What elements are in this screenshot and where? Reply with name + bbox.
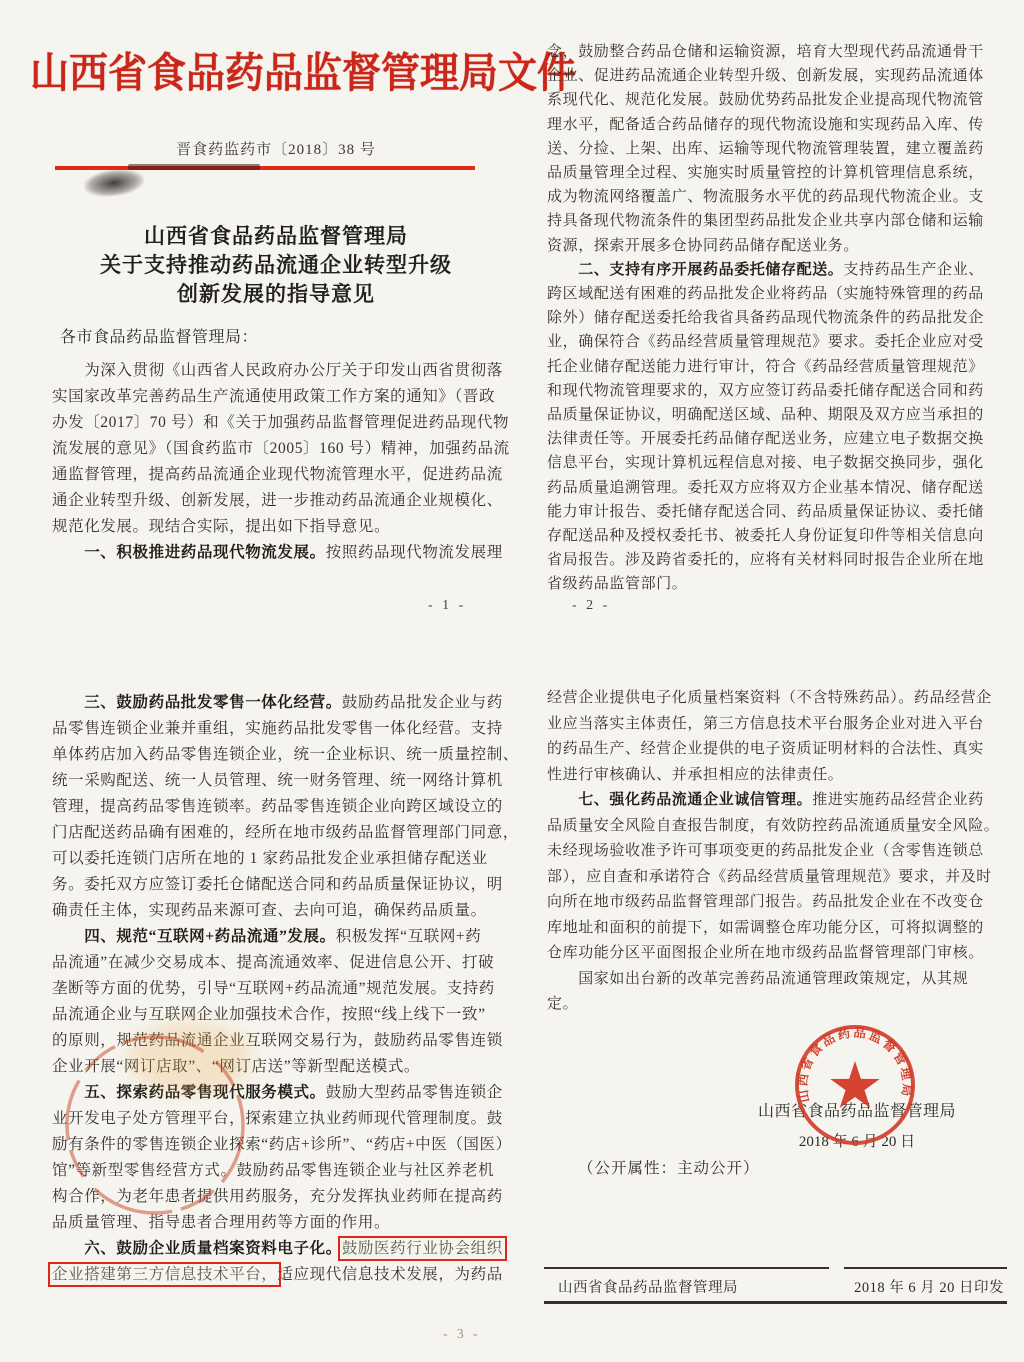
- text-line: 品零售连锁企业兼并重组，实施药品批发零售一体化经营。支持: [52, 716, 518, 742]
- page-3-body: 三、鼓励药品批发零售一体化经营。鼓励药品批发企业与药品零售连锁企业兼并重组，实施…: [52, 690, 518, 1288]
- text-line: 存配送品种及授权委托书、被委托人身份证复印件等相关信息向: [547, 524, 1009, 548]
- text-line: 的原则，规范药品流通企业互联网交易行为，鼓励药品零售连锁: [52, 1028, 518, 1054]
- text-segment: [52, 1240, 84, 1257]
- page-1-body: 为深入贯彻《山西省人民政府办公厅关于印发山西省贯彻落实国家改革完善药品生产流通使…: [52, 358, 518, 566]
- page-number-3: - 3 -: [443, 1326, 481, 1342]
- text-line: 品流通企业与互联网企业加强技术合作，按照“线上线下一致”: [52, 1002, 518, 1028]
- text-line: 办发〔2017〕70 号）和《关于加强药品监督管理促进药品现代物: [52, 410, 518, 436]
- ink-blot: [83, 166, 146, 199]
- highlight-box: 企业搭建第三方信息技术平台，: [52, 1266, 277, 1283]
- text-line: 经营企业提供电子化质量档案资料（不含特殊药品）。药品经营企: [547, 686, 1009, 712]
- text-line: 跨区域配送有困难的药品批发企业将药品（实施特殊管理的药品: [547, 282, 1009, 306]
- text-line: 业应当落实主体责任，第三方信息技术平台服务企业对进入平台: [547, 712, 1009, 738]
- text-segment: [52, 1084, 84, 1101]
- publicity-attribute: （公开属性：主动公开）: [578, 1156, 760, 1178]
- text-line: 企业开展“网订店取”、“网订店送”等新型配送模式。: [52, 1054, 518, 1080]
- text-line: 持具备现代物流条件的集团型药品批发企业共享内部仓储和运输: [547, 209, 1009, 233]
- page-3: 三、鼓励药品批发零售一体化经营。鼓励药品批发企业与药品零售连锁企业兼并重组，实施…: [30, 660, 522, 1362]
- text-line: 省级药品监管部门。: [547, 572, 1009, 596]
- footer-issuer: 山西省食品药品监督管理局: [558, 1276, 738, 1297]
- text-line: 实国家改革完善药品生产流通使用政策工作方案的通知》（晋政: [52, 384, 518, 410]
- text-line: 六、鼓励企业质量档案资料电子化。鼓励医药行业协会组织: [52, 1236, 518, 1262]
- salutation: 各市食品药品监督管理局：: [60, 324, 258, 347]
- text-segment: [547, 792, 578, 808]
- bold-heading: 七、强化药品流通企业诚信管理。: [578, 792, 812, 808]
- text-line: 理水平，配备适合药品储存的现代物流设施和实现药品入库、传: [547, 113, 1009, 137]
- bold-heading: 二、支持有序开展药品委托储存配送。: [578, 262, 843, 278]
- text-line: 法律责任等。开展委托药品储存配送业务，应建立电子数据交换: [547, 427, 1009, 451]
- text-segment: 鼓励大型药品零售连锁企: [326, 1084, 503, 1101]
- page-number-1: - 1 -: [428, 598, 466, 614]
- text-line: 仓库功能分区平面图报企业所在地市级药品监督管理部门审核。: [547, 941, 1009, 967]
- text-line: 未经现场验收准予许可事项变更的药品批发企业（含零售连锁总: [547, 839, 1009, 865]
- text-line: 规范化发展。现结合实际，提出如下指导意见。: [52, 514, 518, 540]
- text-segment: [52, 694, 84, 711]
- text-segment: 积极发挥“互联网+药: [336, 928, 482, 945]
- page-4-body: 经营企业提供电子化质量档案资料（不含特殊药品）。药品经营企业应当落实主体责任，第…: [547, 686, 1009, 1018]
- page-4: 经营企业提供电子化质量档案资料（不含特殊药品）。药品经营企业应当落实主体责任，第…: [542, 660, 1012, 1362]
- seal-ring: [797, 1027, 913, 1143]
- text-line: 向所在地市级药品监督管理部门报告。药品批发企业在不改变仓: [547, 890, 1009, 916]
- text-line: 念，鼓励整合药品仓储和运输资源，培育大型现代药品流通骨干: [547, 40, 1009, 64]
- text-segment: [52, 544, 84, 561]
- seal-text: 山西省食品药品监督管理局: [795, 1025, 915, 1104]
- text-segment: 鼓励药品批发企业与药: [342, 694, 503, 711]
- text-line: 企业搭建第三方信息技术平台，适应现代信息技术发展，为药品: [52, 1262, 518, 1288]
- text-line: 垄断等方面的优势，引导“互联网+药品流通”规范发展。支持药: [52, 976, 518, 1002]
- document-title-line: 关于支持推动药品流通企业转型升级: [30, 251, 522, 280]
- text-line: 托企业储存配送能力进行审计，符合《药品经营质量管理规范》: [547, 355, 1009, 379]
- text-line: 励有条件的零售连锁企业探索“药店+诊所”、“药店+中医（国医）: [52, 1132, 518, 1158]
- text-line: 管理，提高药品零售连锁率。药品零售连锁企业向跨区域设立的: [52, 794, 518, 820]
- text-line: 能力审计报告、委托储存配送合同、药品质量保证协议、委托储: [547, 500, 1009, 524]
- text-line: 务。委托双方应签订委托仓储配送合同和药品质量保证协议，明: [52, 872, 518, 898]
- text-line: 企业、促进药品流通企业转型升级、创新发展，实现药品流通体: [547, 64, 1009, 88]
- page-2-body: 念，鼓励整合药品仓储和运输资源，培育大型现代药品流通骨干企业、促进药品流通企业转…: [547, 40, 1009, 597]
- text-line: 五、探索药品零售现代服务模式。鼓励大型药品零售连锁企: [52, 1080, 518, 1106]
- text-segment: 按照药品现代物流发展理: [326, 544, 503, 561]
- signature-date: 2018 年 6 月 20 日: [732, 1130, 982, 1151]
- text-segment: 支持药品生产企业、: [843, 262, 983, 278]
- highlight-box: 鼓励医药行业协会组织: [342, 1240, 503, 1257]
- text-line: 门店配送药品确有困难的，经所在地市级药品监督管理部门同意，: [52, 820, 518, 846]
- ink-smudge: [128, 164, 260, 170]
- text-line: 品流通”在减少交易成本、提高流通效率、促进信息公开、打破: [52, 950, 518, 976]
- bold-heading: 三、鼓励药品批发零售一体化经营。: [84, 694, 342, 711]
- text-line: 部），应自查和承诺符合《药品经营质量管理规范》要求，并及时: [547, 865, 1009, 891]
- text-line: 定。: [547, 992, 1009, 1018]
- text-line: 品质量管理、指导患者合理用药等方面的作用。: [52, 1210, 518, 1236]
- bold-heading: 四、规范“互联网+药品流通”发展。: [84, 928, 336, 945]
- bold-heading: 一、积极推进药品现代物流发展。: [84, 544, 326, 561]
- text-line: 三、鼓励药品批发零售一体化经营。鼓励药品批发企业与药: [52, 690, 518, 716]
- document-title: 山西省食品药品监督管理局 关于支持推动药品流通企业转型升级 创新发展的指导意见: [30, 222, 522, 309]
- text-line: 七、强化药品流通企业诚信管理。推进实施药品经营企业药: [547, 788, 1009, 814]
- text-line: 信息平台，实现计算机远程信息对接、电子数据交换同步，强化: [547, 451, 1009, 475]
- text-line: 国家如出台新的改革完善药品流通管理政策规定，从其规: [547, 967, 1009, 993]
- agency-banner: 山西省食品药品监督管理局文件: [30, 40, 522, 99]
- text-line: 确责任主体，实现药品来源可查、去向可追，确保药品质量。: [52, 898, 518, 924]
- scanned-document: { "header": { "banner": "山西省食品药品监督管理局文件"…: [0, 0, 1024, 1362]
- text-line: 通企业转型升级、创新发展，进一步推动药品流通企业规模化、: [52, 488, 518, 514]
- text-line: 和现代物流管理要求的，双方应签订药品委托储存配送合同和药: [547, 379, 1009, 403]
- document-title-line: 山西省食品药品监督管理局: [30, 222, 522, 251]
- text-line: 一、积极推进药品现代物流发展。按照药品现代物流发展理: [52, 540, 518, 566]
- text-segment: [547, 262, 578, 278]
- footer-rule-top-left: [544, 1267, 829, 1269]
- text-line: 的药品生产、经营企业提供的电子资质证明材料的合法性、真实: [547, 737, 1009, 763]
- text-line: 资源，探索开展多仓协同药品储存配送业务。: [547, 234, 1009, 258]
- text-line: 流发展的意见》（国食药监市〔2005〕160 号）精神，加强药品流: [52, 436, 518, 462]
- text-line: 性进行审核确认、并承担相应的法律责任。: [547, 763, 1009, 789]
- bold-heading: 五、探索药品零售现代服务模式。: [84, 1084, 326, 1101]
- text-line: 四、规范“互联网+药品流通”发展。积极发挥“互联网+药: [52, 924, 518, 950]
- bold-heading: 六、鼓励企业质量档案资料电子化。: [84, 1240, 342, 1257]
- footer-rule-bottom: [544, 1301, 1007, 1304]
- text-line: 馆”等新型零售经营方式。鼓励药品零售连锁企业与社区养老机: [52, 1158, 518, 1184]
- text-segment: 推进实施药品经营企业药: [812, 792, 984, 808]
- document-number: 晋食药监药市〔2018〕38 号: [30, 138, 522, 159]
- page-2: 念，鼓励整合药品仓储和运输资源，培育大型现代药品流通骨干企业、促进药品流通企业转…: [542, 28, 1012, 660]
- page-1: 山西省食品药品监督管理局文件 晋食药监药市〔2018〕38 号 山西省食品药品监…: [30, 28, 522, 660]
- text-segment: 适应现代信息技术发展，为药品: [277, 1266, 502, 1283]
- text-line: 二、支持有序开展药品委托储存配送。支持药品生产企业、: [547, 258, 1009, 282]
- footer-rule-top-right: [844, 1267, 1007, 1269]
- text-segment: [52, 928, 84, 945]
- text-line: 库地址和面积的前提下，如需调整仓库功能分区，可将拟调整的: [547, 916, 1009, 942]
- text-line: 可以委托连锁门店所在地的 1 家药品批发企业承担储存配送业: [52, 846, 518, 872]
- text-line: 系现代化、规范化发展。鼓励优势药品批发企业提高现代物流管: [547, 88, 1009, 112]
- text-line: 药品质量追溯管理。委托双方应将双方企业基本情况、储存配送: [547, 476, 1009, 500]
- svg-text:山西省食品药品监督管理局: 山西省食品药品监督管理局: [795, 1025, 915, 1104]
- page-number-2: - 2 -: [572, 598, 610, 614]
- document-title-line: 创新发展的指导意见: [30, 280, 522, 309]
- text-line: 品质量安全风险自查报告制度，有效防控药品流通质量安全风险。: [547, 814, 1009, 840]
- text-line: 业，确保符合《药品经营质量管理规范》要求。委托企业应对受: [547, 330, 1009, 354]
- text-line: 构合作，为老年患者提供用药服务，充分发挥执业药师在提高药: [52, 1184, 518, 1210]
- text-line: 单体药店加入药品零售连锁企业，统一企业标识、统一质量控制、: [52, 742, 518, 768]
- text-line: 统一采购配送、统一人员管理、统一财务管理、统一网络计算机: [52, 768, 518, 794]
- text-line: 品质量保证协议，明确配送区域、品种、期限及双方应当承担的: [547, 403, 1009, 427]
- text-line: 除外）储存配送委托给我省具备药品现代物流条件的药品批发企: [547, 306, 1009, 330]
- issuing-agency-signature: 山西省食品药品监督管理局: [732, 1098, 982, 1121]
- text-line: 送、分捡、上架、出库、运输等现代物流管理装置，建立覆盖药: [547, 137, 1009, 161]
- footer-print-date: 2018 年 6 月 20 日印发: [854, 1276, 1004, 1297]
- text-line: 通监督管理，提高药品流通企业现代物流管理水平，促进药品流: [52, 462, 518, 488]
- text-line: 省局报告。涉及跨省委托的，应将有关材料同时报告企业所在地: [547, 548, 1009, 572]
- text-line: 成为物流网络覆盖广、物流服务水平优的药品现代物流企业。支: [547, 185, 1009, 209]
- text-line: 为深入贯彻《山西省人民政府办公厅关于印发山西省贯彻落: [52, 358, 518, 384]
- text-line: 业开发电子处方管理平台，探索建立执业药师现代管理制度。鼓: [52, 1106, 518, 1132]
- text-line: 品质量管理全过程、实施实时质量管控的计算机管理信息系统，: [547, 161, 1009, 185]
